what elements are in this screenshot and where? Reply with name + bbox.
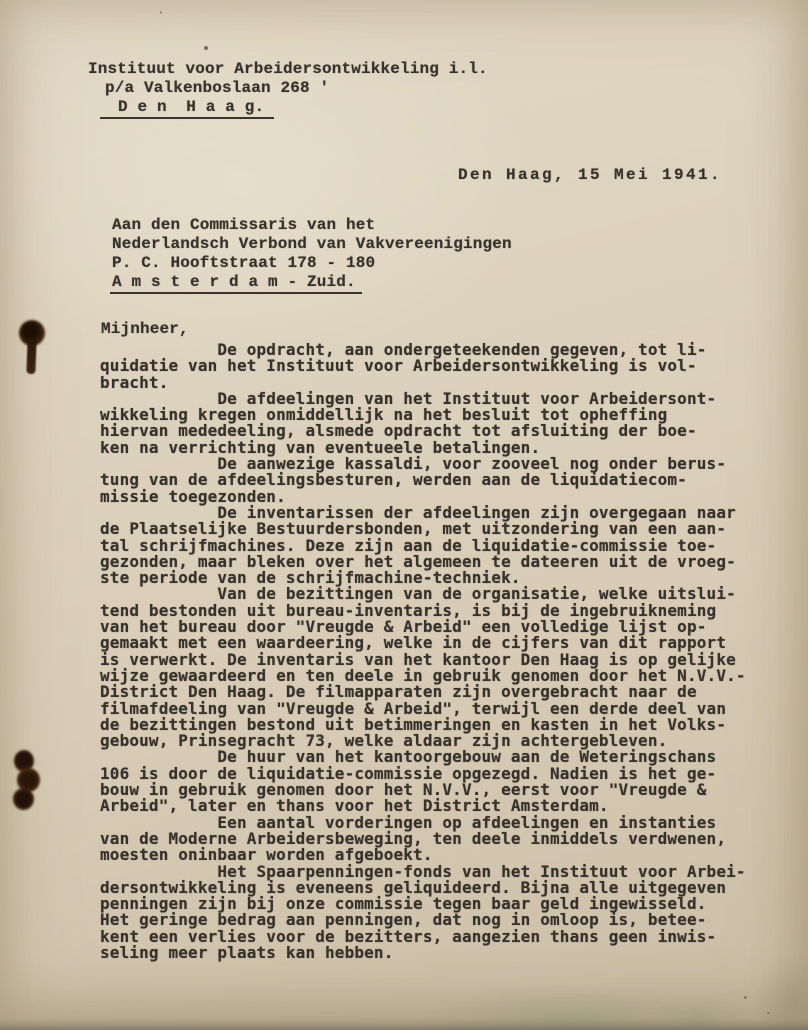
- recipient-line-3: P. C. Hooftstraat 178 - 180: [112, 254, 375, 272]
- paper-speck-4: [767, 1012, 770, 1014]
- bottom-edge-shadow: [0, 1018, 808, 1030]
- recipient-line-1: Aan den Commissaris van het: [112, 216, 375, 234]
- letter-body: De opdracht, aan ondergeteekenden gegeve…: [100, 342, 746, 961]
- recipient-city: A m s t e r d a m - Zuid.: [110, 273, 362, 294]
- sender-name: Instituut voor Arbeidersontwikkeling i.l…: [88, 60, 488, 78]
- recipient-line-2: Nederlandsch Verbond van Vakvereeniginge…: [112, 235, 512, 253]
- ink-stain-bottom-3: [13, 788, 34, 810]
- sender-city: D e n H a a g.: [100, 98, 274, 119]
- ink-stain-top-stem: [26, 338, 36, 374]
- sender-street: p/a Valkenboslaan 268 ': [105, 79, 329, 97]
- letter-date: Den Haag, 15 Mei 1941.: [458, 166, 722, 184]
- salutation: Mijnheer,: [101, 320, 189, 338]
- paper-speck-2: [160, 11, 162, 14]
- paper-speck-3: [744, 996, 747, 999]
- letter-paper: Instituut voor Arbeidersontwikkeling i.l…: [0, 0, 808, 1030]
- paper-speck-1: [204, 46, 208, 50]
